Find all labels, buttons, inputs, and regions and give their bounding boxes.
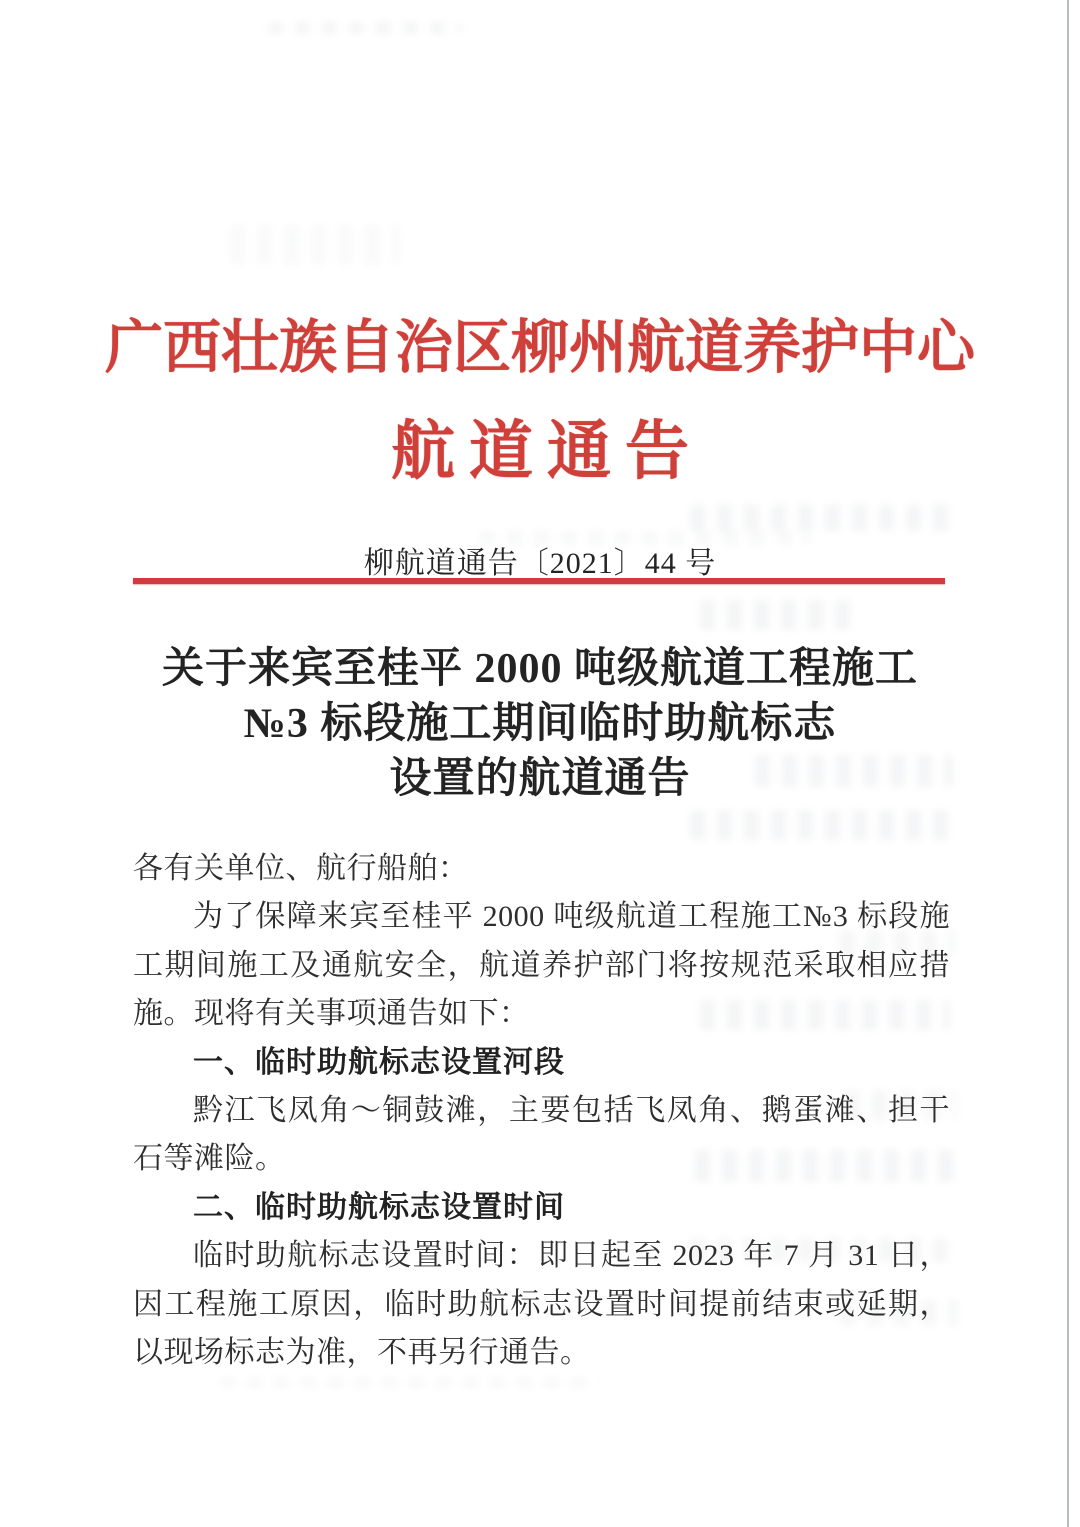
- bleedthrough-artifact: [690, 810, 950, 840]
- salutation: 各有关单位、航行船舶：: [133, 845, 950, 893]
- scanned-notice-page: 广西壮族自治区柳州航道养护中心 航道通告 柳航道通告〔2021〕44 号 关于来…: [0, 0, 1080, 1527]
- red-divider-rule: [133, 578, 945, 584]
- letterhead-doc-type: 航道通告: [0, 400, 1080, 492]
- bleedthrough-artifact: [220, 1378, 600, 1388]
- section-2-heading: 二、临时助航标志设置时间: [133, 1184, 950, 1232]
- notice-title-line-1: 关于来宾至桂平 2000 吨级航道工程施工: [0, 642, 1080, 697]
- notice-title: 关于来宾至桂平 2000 吨级航道工程施工 №3 标段施工期间临时助航标志 设置…: [0, 642, 1080, 807]
- notice-body: 各有关单位、航行船舶： 为了保障来宾至桂平 2000 吨级航道工程施工№3 标段…: [133, 845, 950, 1377]
- intro-paragraph: 为了保障来宾至桂平 2000 吨级航道工程施工№3 标段施工期间施工及通航安全，…: [133, 893, 950, 1038]
- notice-title-line-2: №3 标段施工期间临时助航标志: [0, 697, 1080, 752]
- document-number: 柳航道通告〔2021〕44 号: [0, 538, 1080, 582]
- section-2-text: 临时助航标志设置时间：即日起至 2023 年 7 月 31 日，因工程施工原因，…: [133, 1232, 950, 1377]
- section-1-text: 黔江飞凤角～铜鼓滩，主要包括飞凤角、鹅蛋滩、担干石等滩险。: [133, 1087, 950, 1184]
- bleedthrough-artifact: [268, 22, 463, 34]
- bleedthrough-artifact: [700, 600, 850, 630]
- notice-title-line-3: 设置的航道通告: [0, 752, 1080, 807]
- letterhead-org-name: 广西壮族自治区柳州航道养护中心: [0, 300, 1080, 384]
- section-1-heading: 一、临时助航标志设置河段: [133, 1039, 950, 1087]
- bleedthrough-artifact: [690, 505, 952, 531]
- bleedthrough-artifact: [230, 225, 400, 265]
